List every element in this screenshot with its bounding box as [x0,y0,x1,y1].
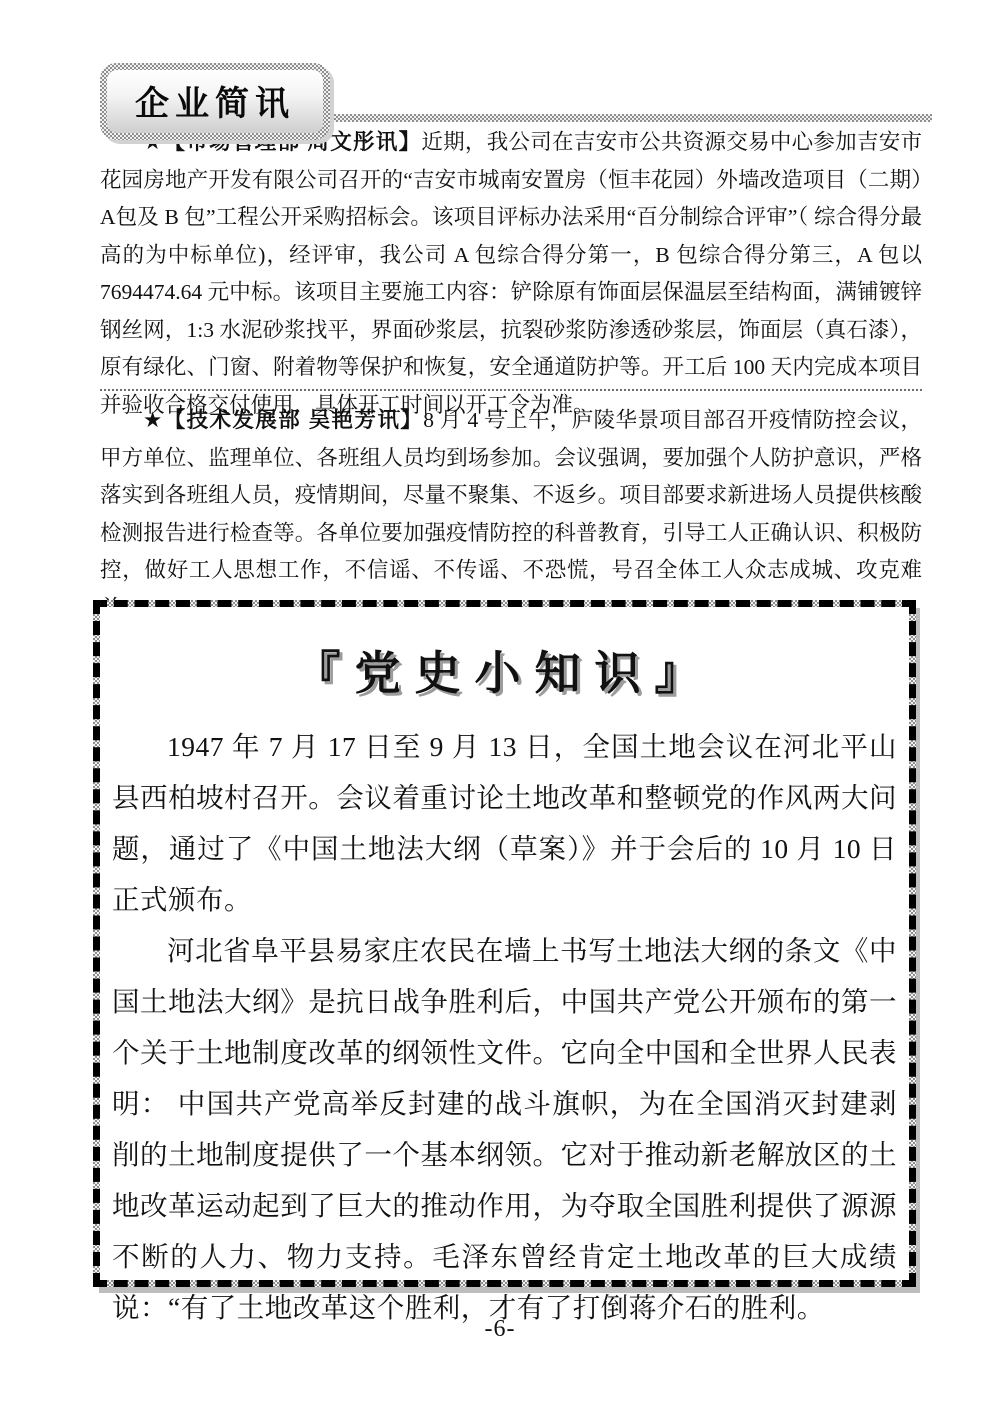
page-number: -6- [0,1316,1000,1343]
news-paragraph: ★【市场管理部 周文彤讯】近期，我公司在吉安市公共资源交易中心参加吉安市花园房地… [100,124,922,424]
knowledge-paragraph: 1947 年 7 月 17 日至 9 月 13 日，全国土地会议在河北平山县西柏… [112,721,897,925]
news-body-text: 近期，我公司在吉安市公共资源交易中心参加吉安市花园房地产开发有限公司召开的“吉安… [100,130,922,417]
knowledge-box-body: 1947 年 7 月 17 日至 9 月 13 日，全国土地会议在河北平山县西柏… [112,721,897,1333]
section-badge-label: 企业简讯 [107,70,323,133]
knowledge-paragraph: 河北省阜平县易家庄农民在墙上书写土地法大纲的条文《中国土地法大纲》是抗日战争胜利… [112,925,897,1333]
knowledge-box-inner: 『党史小知识』 1947 年 7 月 17 日至 9 月 13 日，全国土地会议… [93,600,916,1287]
news-paragraph: ★【技术发展部 吴艳芳讯】8 月 4 号上午，庐陵华景项目部召开疫情防控会议，甲… [100,402,922,627]
news-item-tech-dept: ★【技术发展部 吴艳芳讯】8 月 4 号上午，庐陵华景项目部召开疫情防控会议，甲… [100,402,922,627]
section-badge: 企业简讯 [100,63,330,140]
knowledge-box-title: 『党史小知识』 [112,637,897,703]
news-dept-leader: ★【技术发展部 吴艳芳讯】 [143,408,423,432]
news-item-market-dept: ★【市场管理部 周文彤讯】近期，我公司在吉安市公共资源交易中心参加吉安市花园房地… [100,124,922,424]
knowledge-box: 『党史小知识』 1947 年 7 月 17 日至 9 月 13 日，全国土地会议… [93,600,916,1287]
news-divider [100,389,922,391]
news-body-text: 8 月 4 号上午，庐陵华景项目部召开疫情防控会议，甲方单位、监理单位、各班组人… [100,408,922,620]
